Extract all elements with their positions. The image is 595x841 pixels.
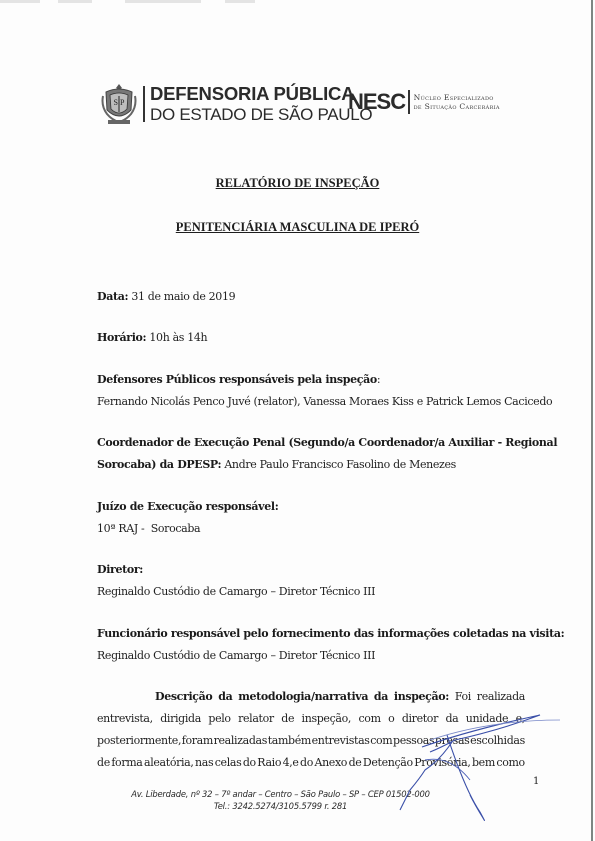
metodologia-word: presas bbox=[435, 734, 470, 747]
metodologia-word: da bbox=[445, 712, 458, 725]
metodologia-word: pelo bbox=[208, 712, 230, 725]
document-title: RELATÓRIO DE INSPEÇÃO bbox=[0, 176, 595, 191]
field-label: Horário: bbox=[97, 331, 146, 344]
metodologia-word: de bbox=[281, 712, 294, 725]
scan-artifact bbox=[125, 0, 201, 3]
state-coat-of-arms-icon: S P bbox=[100, 82, 138, 126]
metodologia-word: relator bbox=[238, 712, 274, 725]
field-value: Andre Paulo Francisco Fasolino de Meneze… bbox=[224, 458, 456, 471]
metodologia-word: realizadas bbox=[214, 734, 267, 747]
field-label: Data: bbox=[97, 290, 128, 303]
metodologia-word: pessoas bbox=[393, 734, 434, 747]
metodologia-word: do bbox=[243, 756, 256, 769]
metodologia-word: escolhidas bbox=[470, 734, 525, 747]
footer-phone: Tel.: 3242.5274/3105.5799 r. 281 bbox=[0, 801, 578, 811]
nesc-mark: NESC bbox=[348, 89, 405, 115]
metodologia-word: inspeção, bbox=[302, 712, 352, 725]
metodologia-word: e, bbox=[516, 712, 525, 725]
footer-address: Av. Liberdade, nº 32 – 7º andar – Centro… bbox=[0, 789, 578, 799]
field-diretor-label: Diretor: bbox=[97, 563, 143, 576]
field-funcionario-label: Funcionário responsável pelo forneciment… bbox=[97, 627, 564, 640]
metodologia-line-4: deformaaleatória,nascelasdoRaio4,edoAnex… bbox=[97, 756, 525, 769]
field-coordenador-label: Coordenador de Execução Penal (Segundo/a… bbox=[97, 436, 557, 449]
metodologia-word: posteriormente, bbox=[97, 734, 181, 747]
metodologia-word: foram bbox=[182, 734, 213, 747]
field-value: 10h às 14h bbox=[149, 331, 207, 344]
page-edge bbox=[591, 0, 593, 841]
scan-artifact bbox=[0, 0, 40, 3]
field-data: Data: 31 de maio de 2019 bbox=[97, 290, 235, 303]
metodologia-label-word: da bbox=[374, 690, 388, 703]
metodologia-word: realizada bbox=[477, 690, 525, 703]
metodologia-label-word: da bbox=[218, 690, 232, 703]
metodologia-word: unidade bbox=[466, 712, 508, 725]
scan-artifact bbox=[58, 0, 92, 3]
metodologia-word: Raio bbox=[257, 756, 281, 769]
field-coordenador: Sorocaba) da DPESP: Andre Paulo Francisc… bbox=[97, 458, 456, 471]
field-funcionario-value: Reginaldo Custódio de Camargo – Diretor … bbox=[97, 649, 375, 662]
field-defensores-value: Fernando Nicolás Penco Juvé (relator), V… bbox=[97, 395, 552, 408]
metodologia-label-word: inspeção: bbox=[394, 690, 449, 703]
defensoria-logo: S P DEFENSORIA PÚBLICA DO ESTADO DE SÃO … bbox=[100, 82, 372, 126]
metodologia-word: entrevistas bbox=[312, 734, 370, 747]
field-horario: Horário: 10h às 14h bbox=[97, 331, 207, 344]
metodologia-word: 4,e bbox=[283, 756, 299, 769]
field-diretor-value: Reginaldo Custódio de Camargo – Diretor … bbox=[97, 585, 375, 598]
metodologia-line-2: entrevista,dirigidapelorelatordeinspeção… bbox=[97, 712, 525, 725]
logo-divider bbox=[408, 90, 410, 114]
nesc-name-line1: Núcleo Especializado bbox=[414, 93, 500, 102]
metodologia-word: o bbox=[388, 712, 394, 725]
field-value: 31 de maio de 2019 bbox=[131, 290, 235, 303]
svg-text:P: P bbox=[120, 98, 125, 107]
document-subtitle: PENITENCIÁRIA MASCULINA DE IPERÓ bbox=[0, 220, 595, 235]
metodologia-line-3: posteriormente,foramrealizadastambémentr… bbox=[97, 734, 525, 747]
metodologia-word: entrevista, bbox=[97, 712, 153, 725]
field-juizo-label: Juízo de Execução responsável: bbox=[97, 500, 278, 513]
metodologia-word: forma bbox=[111, 756, 142, 769]
metodologia-label-word: Descrição bbox=[155, 690, 212, 703]
document-page: S P DEFENSORIA PÚBLICA DO ESTADO DE SÃO … bbox=[0, 0, 595, 841]
metodologia-word: dirigida bbox=[160, 712, 201, 725]
metodologia-word: como bbox=[496, 756, 524, 769]
metodologia-word: aleatória, bbox=[144, 756, 194, 769]
metodologia-word: diretor bbox=[402, 712, 438, 725]
nesc-name-line2: de Situação Carcerária bbox=[414, 102, 500, 111]
svg-text:S: S bbox=[114, 98, 118, 107]
metodologia-word: Provisória, bbox=[414, 756, 470, 769]
field-defensores-label: Defensores Públicos responsáveis pela in… bbox=[97, 373, 380, 386]
metodologia-word: de bbox=[97, 756, 110, 769]
metodologia-word: Anexo bbox=[314, 756, 347, 769]
logo-divider bbox=[143, 86, 145, 122]
metodologia-word: Detenção bbox=[363, 756, 413, 769]
metodologia-word: nas bbox=[195, 756, 213, 769]
org-name-line1: DEFENSORIA PÚBLICA bbox=[150, 85, 372, 104]
field-juizo-value: 10ª RAJ - Sorocaba bbox=[97, 522, 200, 535]
metodologia-word: do bbox=[300, 756, 313, 769]
metodologia-word: com bbox=[370, 734, 392, 747]
metodologia-word: com bbox=[358, 712, 380, 725]
metodologia-label-word: metodologia/narrativa bbox=[238, 690, 368, 703]
metodologia-word: bem bbox=[472, 756, 495, 769]
scan-artifact bbox=[225, 0, 255, 3]
metodologia-word: celas bbox=[215, 756, 242, 769]
page-number: 1 bbox=[533, 776, 539, 787]
metodologia-word: também bbox=[268, 734, 311, 747]
nesc-logo: NESC Núcleo Especializado de Situação Ca… bbox=[348, 89, 500, 115]
metodologia-word: Foi bbox=[455, 690, 471, 703]
field-label: Sorocaba) da DPESP: bbox=[97, 458, 221, 471]
metodologia-word: de bbox=[349, 756, 362, 769]
metodologia-line-1: Descriçãodametodologia/narrativadainspeç… bbox=[155, 690, 525, 703]
org-name-line2: DO ESTADO DE SÃO PAULO bbox=[150, 106, 372, 123]
